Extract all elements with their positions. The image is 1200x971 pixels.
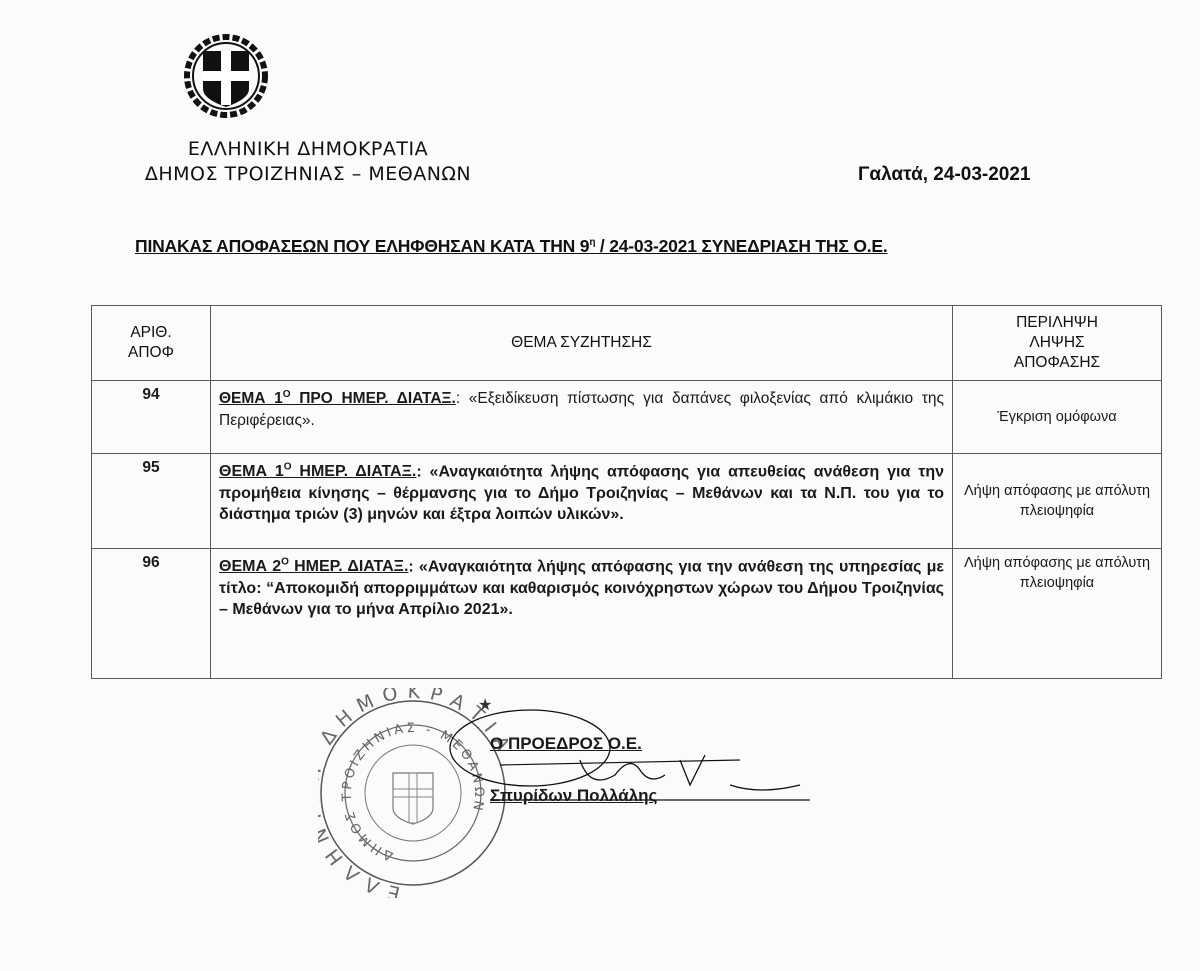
agenda-item-label: ΘΕΜΑ 2Ο ΗΜΕΡ. ΔΙΑΤΑΞ. bbox=[219, 558, 408, 575]
decision-subject: ΘΕΜΑ 1Ο ΗΜΕΡ. ΔΙΑΤΑΞ.: «Αναγκαιότητα λήψ… bbox=[211, 454, 953, 549]
decision-summary: Έγκριση ομόφωνα bbox=[953, 381, 1162, 454]
org-country: ΕΛΛΗΝΙΚΗ ΔΗΜΟΚΡΑΤΙΑ bbox=[108, 137, 508, 162]
table-row: 95 ΘΕΜΑ 1Ο ΗΜΕΡ. ΔΙΑΤΑΞ.: «Αναγκαιότητα … bbox=[92, 454, 1162, 549]
decision-subject: ΘΕΜΑ 2Ο ΗΜΕΡ. ΔΙΑΤΑΞ.: «Αναγκαιότητα λήψ… bbox=[211, 549, 953, 679]
greek-coat-of-arms-icon bbox=[183, 33, 269, 119]
column-header-subject: ΘΕΜΑ ΣΥΖΗΤΗΣΗΣ bbox=[211, 306, 953, 381]
decision-summary: Λήψη απόφασης με απόλυτη πλειοψηφία bbox=[953, 454, 1162, 549]
signatory-title: Ο ΠΡΟΕΔΡΟΣ Ο.Ε. bbox=[490, 734, 642, 754]
table-row: 96 ΘΕΜΑ 2Ο ΗΜΕΡ. ΔΙΑΤΑΞ.: «Αναγκαιότητα … bbox=[92, 549, 1162, 679]
column-header-summary: ΠΕΡΙΛΗΨΗ ΛΗΨΗΣ ΑΠΟΦΑΣΗΣ bbox=[953, 306, 1162, 381]
decision-number: 95 bbox=[92, 454, 211, 549]
column-header-number: ΑΡΙΘ. ΑΠΟΦ bbox=[92, 306, 211, 381]
place-date: Γαλατά, 24-03-2021 bbox=[858, 164, 1031, 186]
document-title: ΠΙΝΑΚΑΣ ΑΠΟΦΑΣΕΩΝ ΠΟΥ ΕΛΗΦΘΗΣΑΝ ΚΑΤΑ ΤΗΝ… bbox=[135, 236, 1080, 257]
agenda-item-label: ΘΕΜΑ 1Ο ΠΡΟ ΗΜΕΡ. ΔΙΑΤΑΞ. bbox=[219, 390, 456, 407]
decision-number: 94 bbox=[92, 381, 211, 454]
table-row: 94 ΘΕΜΑ 1Ο ΠΡΟ ΗΜΕΡ. ΔΙΑΤΑΞ.: «Εξειδίκευ… bbox=[92, 381, 1162, 454]
org-municipality: ΔΗΜΟΣ ΤΡΟΙΖΗΝΙΑΣ – ΜΕΘΑΝΩΝ bbox=[108, 162, 508, 187]
title-text-end: / 24-03-2021 ΣΥΝΕΔΡΙΑΣΗ ΤΗΣ Ο.Ε. bbox=[595, 236, 887, 256]
decision-number: 96 bbox=[92, 549, 211, 679]
decision-subject: ΘΕΜΑ 1Ο ΠΡΟ ΗΜΕΡ. ΔΙΑΤΑΞ.: «Εξειδίκευση … bbox=[211, 381, 953, 454]
organization-header: ΕΛΛΗΝΙΚΗ ΔΗΜΟΚΡΑΤΙΑ ΔΗΜΟΣ ΤΡΟΙΖΗΝΙΑΣ – Μ… bbox=[108, 137, 508, 187]
decisions-table: ΑΡΙΘ. ΑΠΟΦ ΘΕΜΑ ΣΥΖΗΤΗΣΗΣ ΠΕΡΙΛΗΨΗ ΛΗΨΗΣ… bbox=[91, 305, 1162, 679]
signatory-name: Σπυρίδων Πολλάλης bbox=[490, 786, 657, 806]
agenda-item-label: ΘΕΜΑ 1Ο ΗΜΕΡ. ΔΙΑΤΑΞ. bbox=[219, 463, 416, 480]
table-header-row: ΑΡΙΘ. ΑΠΟΦ ΘΕΜΑ ΣΥΖΗΤΗΣΗΣ ΠΕΡΙΛΗΨΗ ΛΗΨΗΣ… bbox=[92, 306, 1162, 381]
title-text: ΠΙΝΑΚΑΣ ΑΠΟΦΑΣΕΩΝ ΠΟΥ ΕΛΗΦΘΗΣΑΝ ΚΑΤΑ ΤΗΝ… bbox=[135, 236, 589, 256]
decision-summary: Λήψη απόφασης με απόλυτη πλειοψηφία bbox=[953, 549, 1162, 679]
